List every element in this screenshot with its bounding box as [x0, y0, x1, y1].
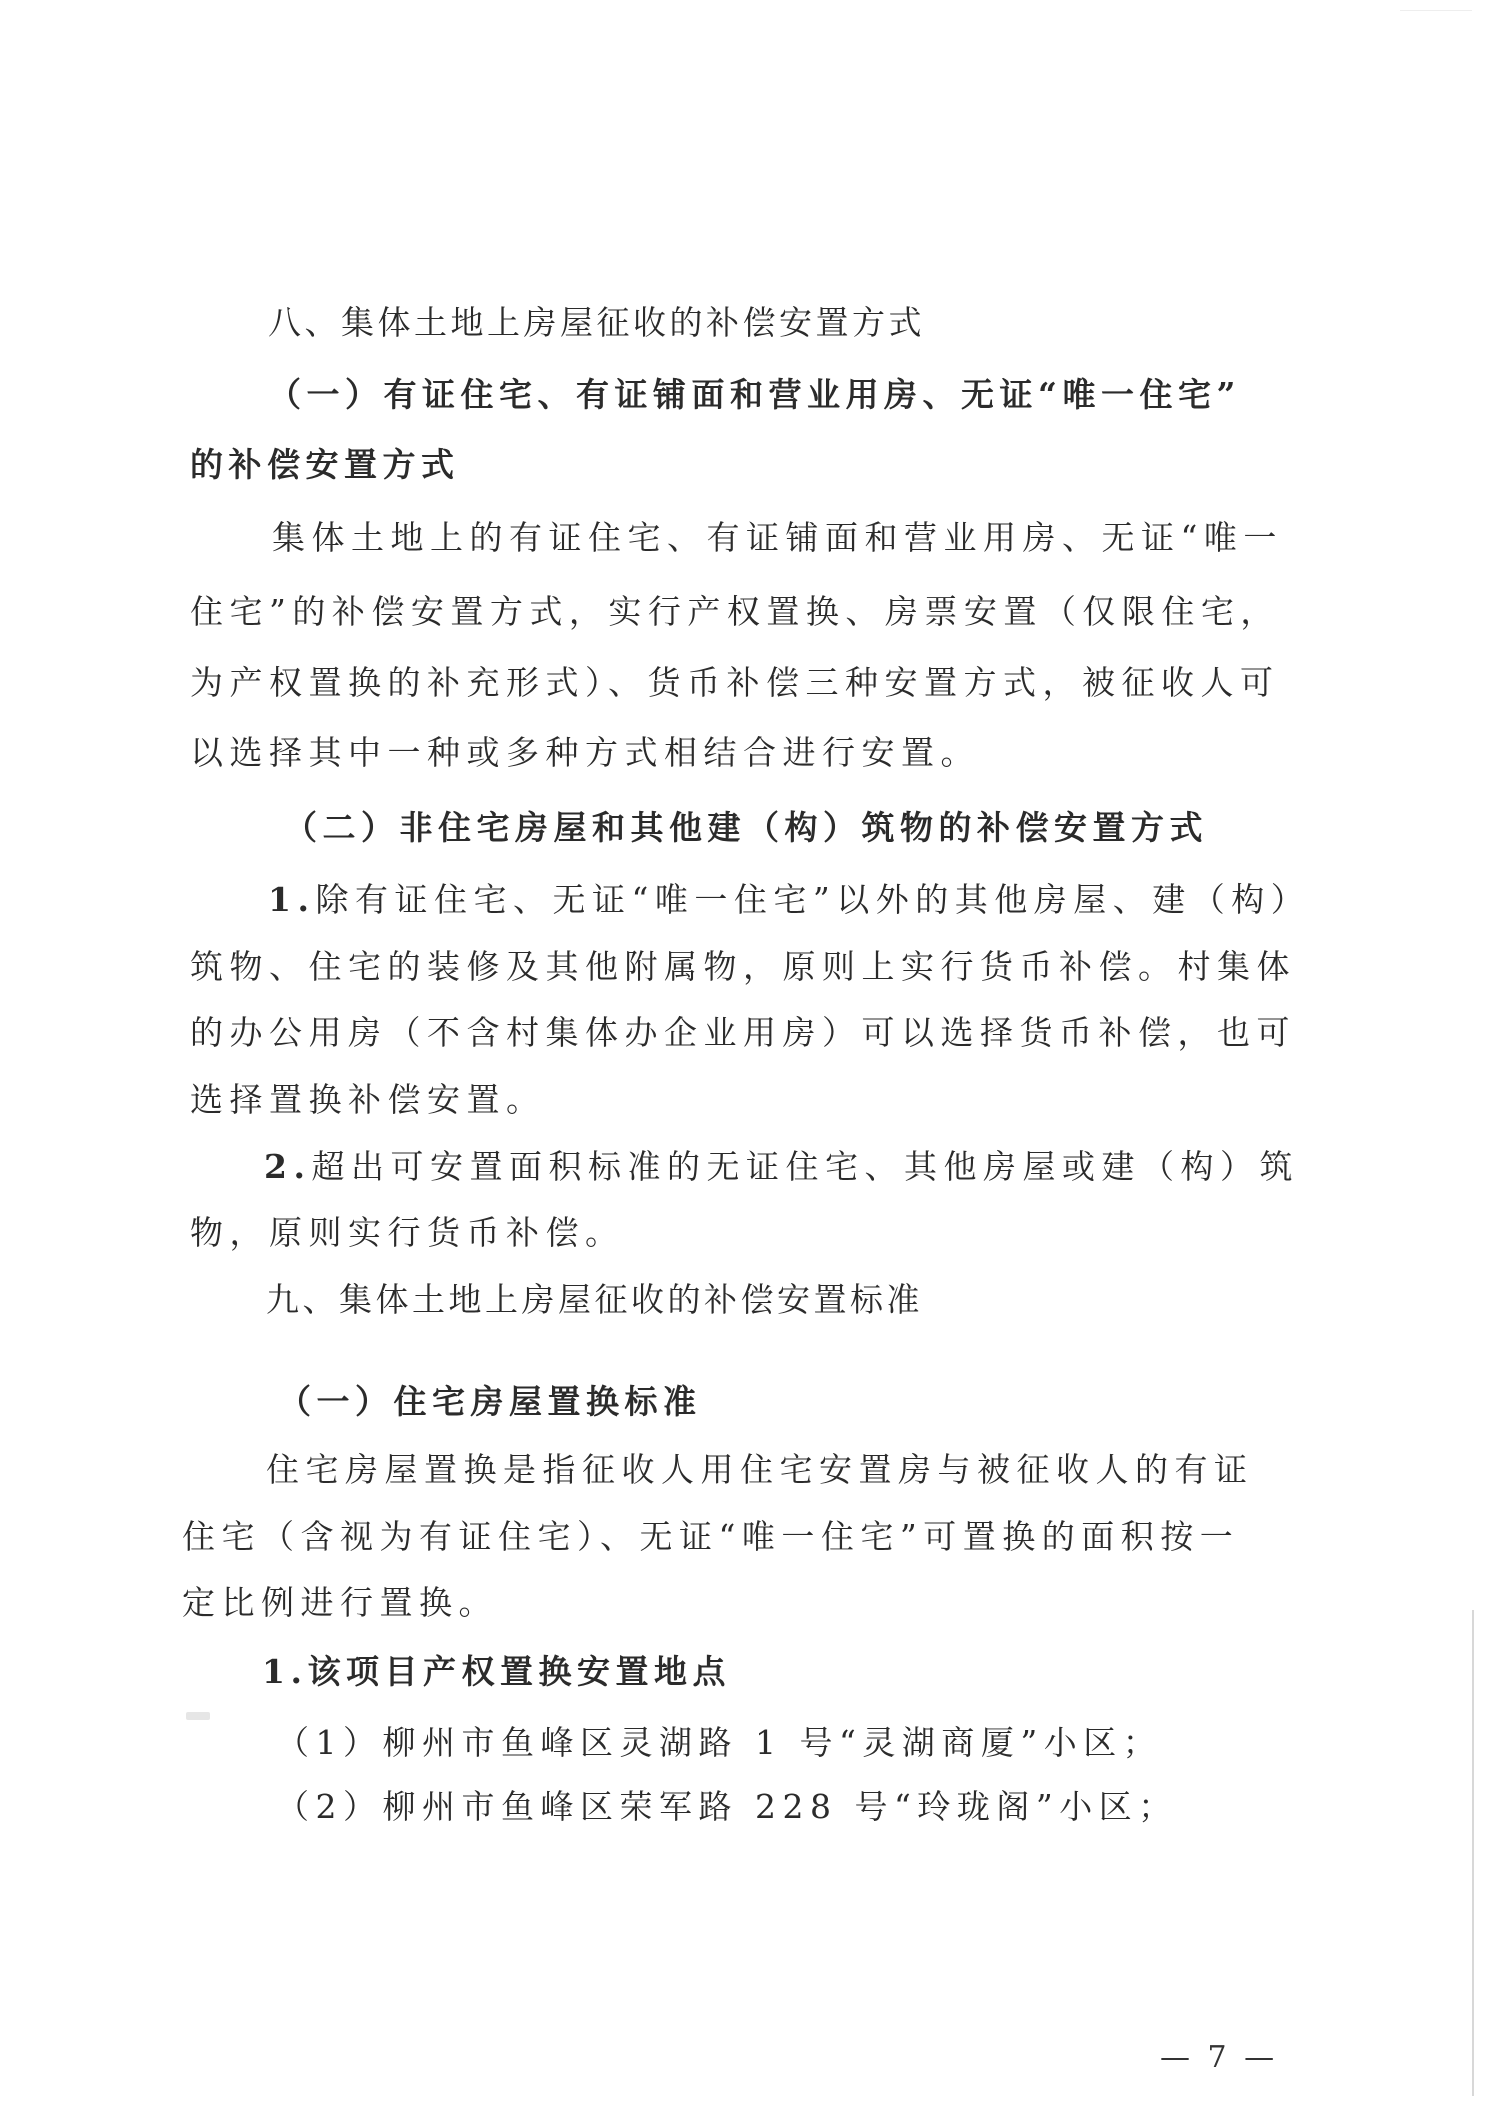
list-item-2-line: 2.超出可安置面积标准的无证住宅、其他房屋或建（构）筑 [264, 1147, 1299, 1187]
section-8-1-heading-line-2: 的补偿安置方式 [190, 445, 460, 485]
section-9-heading: 九、集体土地上房屋征收的补偿安置标准 [266, 1280, 923, 1320]
section-8-heading: 八、集体土地上房屋征收的补偿安置方式 [268, 303, 925, 343]
page-number: — 7 — [1160, 2040, 1278, 2075]
paragraph-line: 选择置换补偿安置。 [190, 1080, 546, 1120]
list-item-text: 超出可安置面积标准的无证住宅、其他房屋或建（构）筑 [311, 1147, 1299, 1186]
paragraph-line: 住宅”的补偿安置方式，实行产权置换、房票安置（仅限住宅， [190, 592, 1280, 632]
paragraph-line: 住宅（含视为有证住宅）、无证“唯一住宅”可置换的面积按一 [182, 1517, 1239, 1557]
document-page: 八、集体土地上房屋征收的补偿安置方式 （一）有证住宅、有证铺面和营业用房、无证“… [0, 0, 1488, 2104]
list-item-number: 1. [268, 880, 315, 919]
paragraph-line: 定比例进行置换。 [182, 1583, 498, 1623]
list-item-number: 2. [264, 1147, 311, 1186]
paragraph-line: 为产权置换的补充形式）、货币补偿三种安置方式，被征收人可 [190, 663, 1280, 703]
section-9-1-heading: （一）住宅房屋置换标准 [278, 1382, 702, 1422]
paragraph-line: 的办公用房（不含村集体办企业用房）可以选择货币补偿，也可 [190, 1013, 1296, 1053]
paragraph-line: 集体土地上的有证住宅、有证铺面和营业用房、无证“唯一 [272, 518, 1283, 558]
scan-top-mark [1400, 10, 1472, 11]
relocation-sites-heading: 1.该项目产权置换安置地点 [262, 1652, 731, 1692]
list-item-1-line: 1.除有证住宅、无证“唯一住宅”以外的其他房屋、建（构） [268, 880, 1310, 920]
paragraph-line: 物，原则实行货币补偿。 [190, 1213, 625, 1253]
relocation-site-item: （2）柳州市鱼峰区荣军路 228 号“玲珑阁”小区； [276, 1787, 1178, 1827]
paragraph-line: 住宅房屋置换是指征收人用住宅安置房与被征收人的有证 [266, 1450, 1254, 1490]
list-item-text: 除有证住宅、无证“唯一住宅”以外的其他房屋、建（构） [315, 880, 1310, 919]
scan-artifact-mark [186, 1712, 210, 1720]
scan-edge-line [1472, 1610, 1474, 2096]
paragraph-line: 筑物、住宅的装修及其他附属物，原则上实行货币补偿。村集体 [190, 947, 1296, 987]
relocation-site-item: （1）柳州市鱼峰区灵湖路 1 号“灵湖商厦”小区； [276, 1723, 1162, 1763]
section-8-1-heading-line-1: （一）有证住宅、有证铺面和营业用房、无证“唯一住宅” [268, 375, 1241, 415]
section-8-2-heading: （二）非住宅房屋和其他建（构）筑物的补偿安置方式 [284, 808, 1208, 848]
paragraph-line: 以选择其中一种或多种方式相结合进行安置。 [190, 733, 980, 773]
